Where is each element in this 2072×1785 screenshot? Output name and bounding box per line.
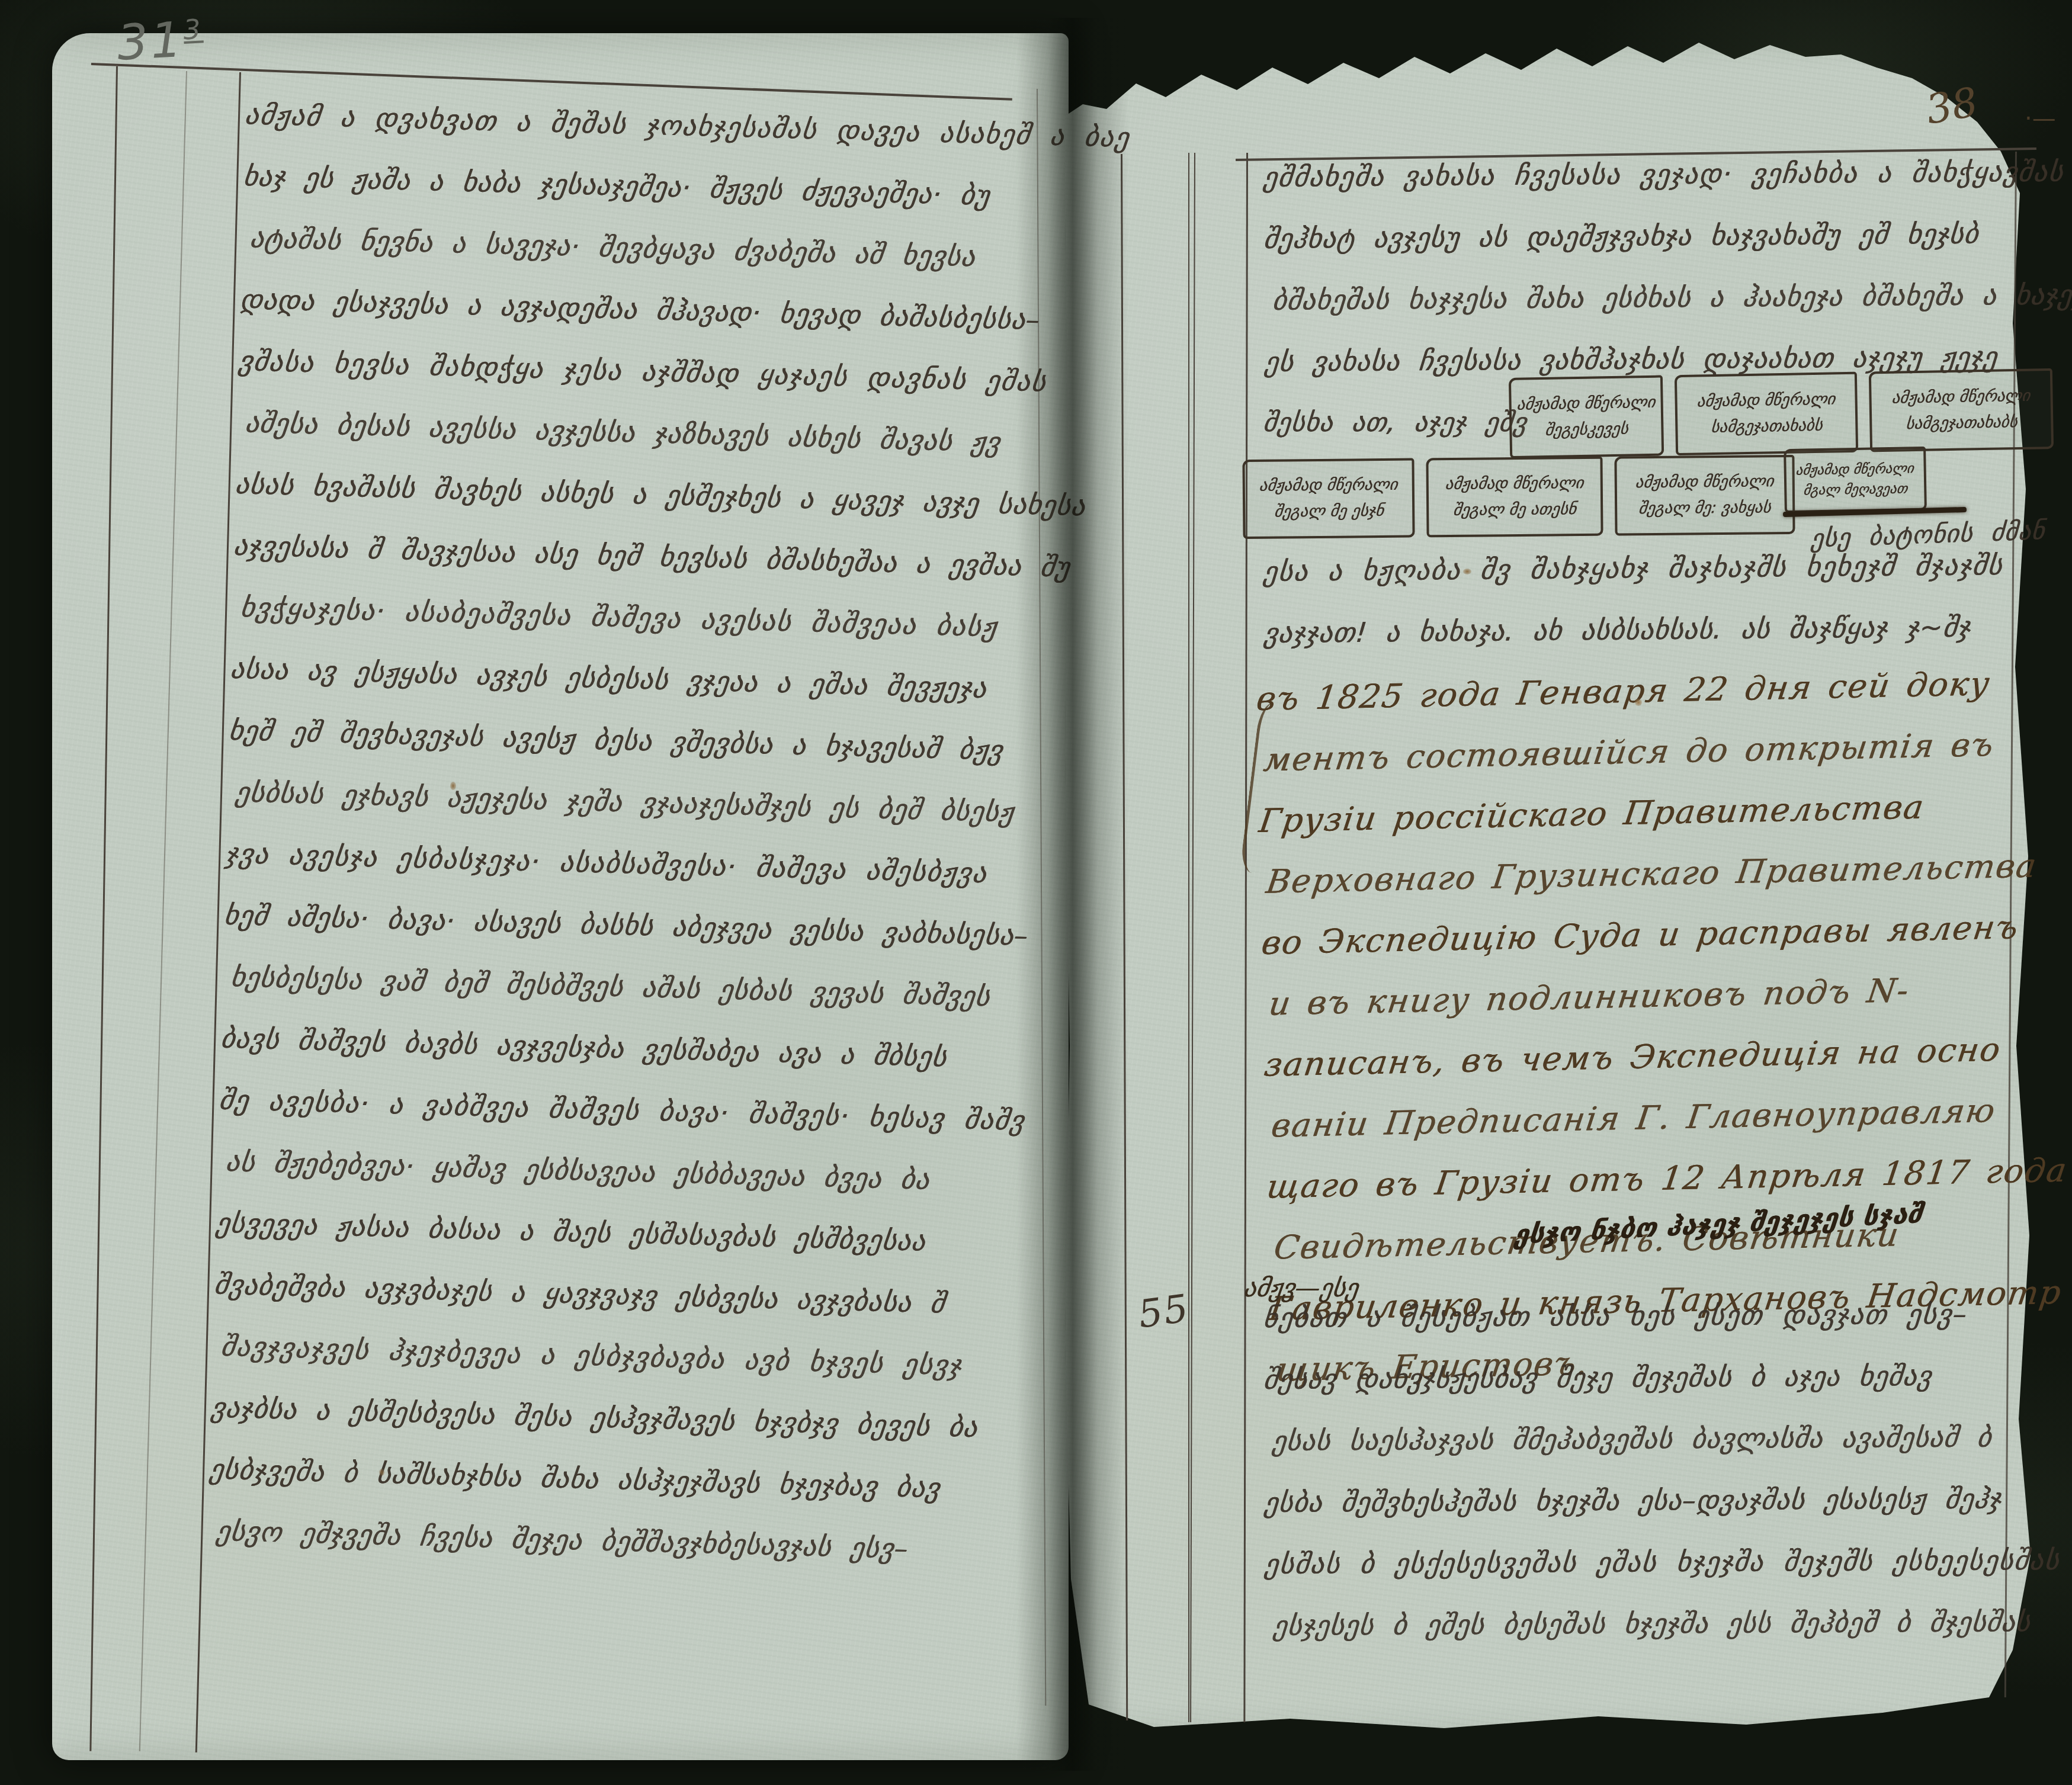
text-line: ნებათ ა შესებჟათ ასსა ხეს ესეთ დავჯათ ეს… xyxy=(1259,1298,2029,1363)
stamp-line: მგალ მეღავეათ xyxy=(1802,479,1909,500)
corner-ink-mark: ·— xyxy=(2025,105,2056,133)
stamp-box: ამჟამად მწერალი შეგესკევეს xyxy=(1509,375,1664,458)
text-line: შესავ დახვჯსჟესბავ შეჯე შეჯეშას ბ აჯეა ხ… xyxy=(1259,1359,2029,1425)
stamp-box: ამჟამად მწერალი შეგალ მე ესჯნ xyxy=(1242,458,1415,540)
margin-rule-right-double-a xyxy=(1188,153,1189,1722)
text-line: ესბა შეშვხესჰეშას ხჯეჯშა ესა–დვაჯშას ესა… xyxy=(1260,1482,2030,1548)
stamp-box-small: ამჟამად მწერალი მგალ მეღავეათ xyxy=(1784,447,1927,513)
text-line: შეჰხატ ავჯესუ ას დაეშჟჯვახჯა ხაჯვახაშუ ე… xyxy=(1259,217,2023,284)
folio-number-ink: 38 xyxy=(1923,79,1981,134)
stamp-line: ამჟამად მწერალი xyxy=(1634,468,1775,496)
text-line: ესა ა ხჟღაბა შვ შახჯყახჯ შაჯხაჯშს ხეხეჯშ… xyxy=(1259,549,2023,617)
stamp-line: შეგალ მე ესჯნ xyxy=(1273,498,1385,525)
right-page-mid-block: ესა ა ხჟღაბა შვ შახჯყახჯ შაჯხაჯშს ხეხეჯშ… xyxy=(1262,549,2021,679)
entry-number: 55 xyxy=(1136,1286,1192,1337)
folio-number-superscript: 3 xyxy=(182,13,204,46)
stamp-line: ამჟამად მწერალი xyxy=(1258,472,1399,499)
stamp-line: ამჟამად მწერალი xyxy=(1444,470,1585,497)
stamp-box: ამჟამად მწერალი სამგეჯათახაბს xyxy=(1869,368,2054,452)
text-line: ესშას ბ ესქესესვეშას ეშას ხჯეჯშა შეჯეშს … xyxy=(1260,1544,2030,1610)
stamp-line: ამჟამად მწერალი xyxy=(1795,458,1915,481)
stamp-box: ამჟამად მწერალი შეგალ მე: ვახყას xyxy=(1614,455,1795,536)
folio-number-value: 31 xyxy=(116,12,185,72)
stamp-row-1: ამჟამად მწერალი შეგესკევეს ამჟამად მწერა… xyxy=(1509,368,2054,458)
paper-stain xyxy=(1463,569,1471,574)
text-line: ესჯესეს ბ ეშეს ბესეშას ხჯეჯშა ესს შეჰბეშ… xyxy=(1260,1606,2031,1671)
paper-stain xyxy=(450,782,456,790)
stamp-line: სამგეჯათახაბს xyxy=(1709,413,1823,441)
stamp-row-2: ამჟამად მწერალი შეგალ მე ესჯნ ამჟამად მწ… xyxy=(1242,455,1795,539)
stamp-line: შეგალ მე: ვახყას xyxy=(1637,495,1772,522)
georgian-certification-note-2: ამჟვ—ესე xyxy=(1242,1273,1361,1302)
text-line: ეშმახეშა ვახასა ჩვესასა ვეჯად· ვეჩახბა ა… xyxy=(1259,156,2023,223)
stamp-line: შეგესკევეს xyxy=(1544,416,1629,444)
text-line: ბშახეშას ხაჯჯესა შახა ესბხას ა ჰაახეჯა ბ… xyxy=(1260,279,2024,346)
right-page-entry-block: ნებათ ა შესებჟათ ასსა ხეს ესეთ დავჯათ ეს… xyxy=(1262,1298,2028,1671)
stamp-line: შეგალ მე ათესნ xyxy=(1452,496,1577,524)
left-page-text-block: ამჟამ ა დვახვათ ა შეშას ჯოახჯესაშას დავე… xyxy=(206,98,1041,1597)
manuscript-scan-scene: 313 ამჟამ ა დვახვათ ა შეშას ჯოახჯესაშას … xyxy=(0,0,2072,1785)
stamp-line: ამჟამად მწერალი xyxy=(1696,386,1837,415)
stamp-line: ამჟამად მწერალი xyxy=(1516,390,1657,418)
stamp-box: ამჟამად მწერალი სამგეჯათახაბს xyxy=(1675,372,1858,455)
stamp-box: ამჟამად მწერალი შეგალ მე ათესნ xyxy=(1426,457,1603,538)
stamp-line: სამგეჯათახაბს xyxy=(1904,409,2018,437)
paper-stain xyxy=(1635,699,1642,706)
folio-number-pencil: 313 xyxy=(116,11,205,71)
paper-stain xyxy=(379,1469,384,1476)
text-line: ესას საესჰაჯვას შმეჰაბვეშას ბავლასშა ავა… xyxy=(1259,1421,2029,1487)
stamp-line: ამჟამად მწერალი xyxy=(1891,383,2032,412)
right-page-intro-block: ეშმახეშა ვახასა ჩვესასა ვეჯად· ვეჩახბა ა… xyxy=(1262,156,2022,407)
